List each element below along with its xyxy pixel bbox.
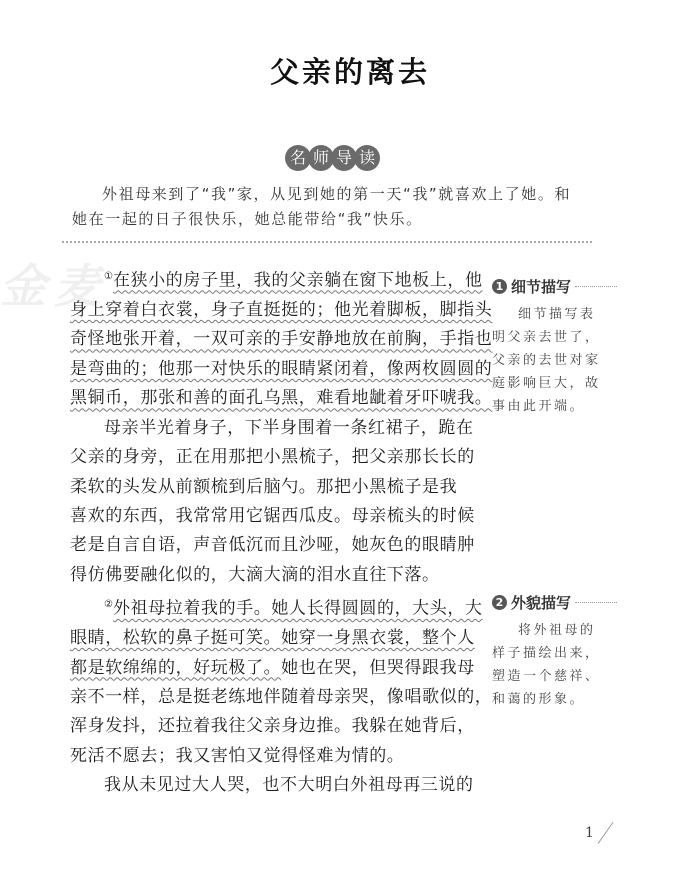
text-line: 在狭小的房子里，我的父亲躺在窗下地板上，他 — [113, 271, 483, 291]
divider — [62, 241, 592, 243]
text-line: 都是软绵绵的，好玩极了。 — [70, 658, 281, 678]
text-line: 柔软的头发从前额梳到后脑勺。那把小黑梳子是我 — [70, 473, 470, 502]
intro-line: 她在一起的日子很快乐，她总能带给“我”快乐。 — [72, 207, 592, 232]
text-line: 得仿佛要融化似的，大滴大滴的泪水直往下落。 — [70, 561, 470, 590]
text-line: 是弯曲的；他那一对快乐的眼睛紧闭着，像两枚圆圆的 — [70, 355, 470, 384]
paragraph-4: 我从未见过大人哭，也不大明白外祖母再三说的 — [70, 771, 470, 800]
text-line: 我从未见过大人哭，也不大明白外祖母再三说的 — [70, 771, 470, 800]
paragraph-2: 母亲半光着身子，下半身围着一条红裙子，跪在 父亲的身旁，正在用那把小黑梳子，把父… — [70, 414, 470, 590]
note-rule — [575, 286, 617, 287]
text-line: 身上穿着白衣裳，身子直挺挺的；他光着脚板，脚指头 — [70, 296, 470, 325]
paragraph-3: ②外祖母拉着我的手。她人长得圆圆的，大头，大 眼睛，松软的鼻子挺可笑。她穿一身黑… — [70, 590, 470, 771]
text-line: 奇怪地张开着，一双可亲的手安静地放在前胸，手指也 — [70, 325, 470, 354]
note-rule — [575, 602, 617, 603]
text-line: 父亲的身旁，正在用那把小黑梳子，把父亲那长长的 — [70, 443, 470, 472]
side-note-1: 1 细节描写 细节描写表 明父亲去世了， 父亲的去世对家 庭影响巨大，故 事由此… — [492, 276, 617, 418]
note-number-icon: 2 — [492, 595, 507, 610]
intro-line: 外祖母来到了“我”家，从见到她的第一天“我”就喜欢上了她。和 — [72, 182, 592, 207]
note-body: 将外祖母的 样子描绘出来， 塑造一个慈祥、 和蔼的形象。 — [492, 619, 617, 711]
page-title: 父亲的离去 — [0, 50, 700, 91]
annotation-marker-1: ① — [104, 271, 113, 282]
text-line: 亲不一样，总是挺老练地伴随着母亲哭，像唱歌似的， — [70, 683, 470, 712]
text-line: 外祖母拉着我的手。她人长得圆圆的，大头，大 — [113, 599, 483, 619]
guide-badge: 名 师 导 读 — [285, 145, 377, 171]
badge-char: 读 — [354, 145, 380, 171]
text-line: 母亲半光着身子，下半身围着一条红裙子，跪在 — [70, 414, 470, 443]
side-note-2: 2 外貌描写 将外祖母的 样子描绘出来， 塑造一个慈祥、 和蔼的形象。 — [492, 592, 617, 711]
text-line: 老是自言自语，声音低沉而且沙哑，她灰色的眼睛肿 — [70, 531, 470, 560]
text-line: 浑身发抖，还拉着我往父亲身边推。我躲在她背后， — [70, 712, 470, 741]
main-text: ①在狭小的房子里，我的父亲躺在窗下地板上，他 身上穿着白衣裳，身子直挺挺的；他光… — [70, 262, 470, 801]
note-number-icon: 1 — [492, 279, 507, 294]
text-line: 喜欢的东西，我常常用它锯西瓜皮。母亲梳头的时候 — [70, 502, 470, 531]
note-title: 外貌描写 — [511, 592, 571, 613]
annotation-marker-2: ② — [104, 599, 113, 610]
page-slash-decoration — [598, 822, 614, 844]
text-line: 眼睛，松软的鼻子挺可笑。她穿一身黑衣裳，整个人 — [70, 624, 470, 653]
page-number: 1 — [585, 825, 594, 841]
guide-intro: 外祖母来到了“我”家，从见到她的第一天“我”就喜欢上了她。和 她在一起的日子很快… — [72, 182, 592, 232]
text-line: 她也在哭，但哭得跟我母 — [281, 658, 475, 678]
note-body: 细节描写表 明父亲去世了， 父亲的去世对家 庭影响巨大，故 事由此开端。 — [492, 303, 617, 418]
note-title: 细节描写 — [511, 276, 571, 297]
text-line: 死活不愿去；我又害怕又觉得怪难为情的。 — [70, 742, 470, 771]
paragraph-1: ①在狭小的房子里，我的父亲躺在窗下地板上，他 身上穿着白衣裳，身子直挺挺的；他光… — [70, 262, 470, 414]
text-line: 黑铜币，那张和善的面孔乌黑，难看地龇着牙吓唬我。 — [70, 384, 470, 413]
